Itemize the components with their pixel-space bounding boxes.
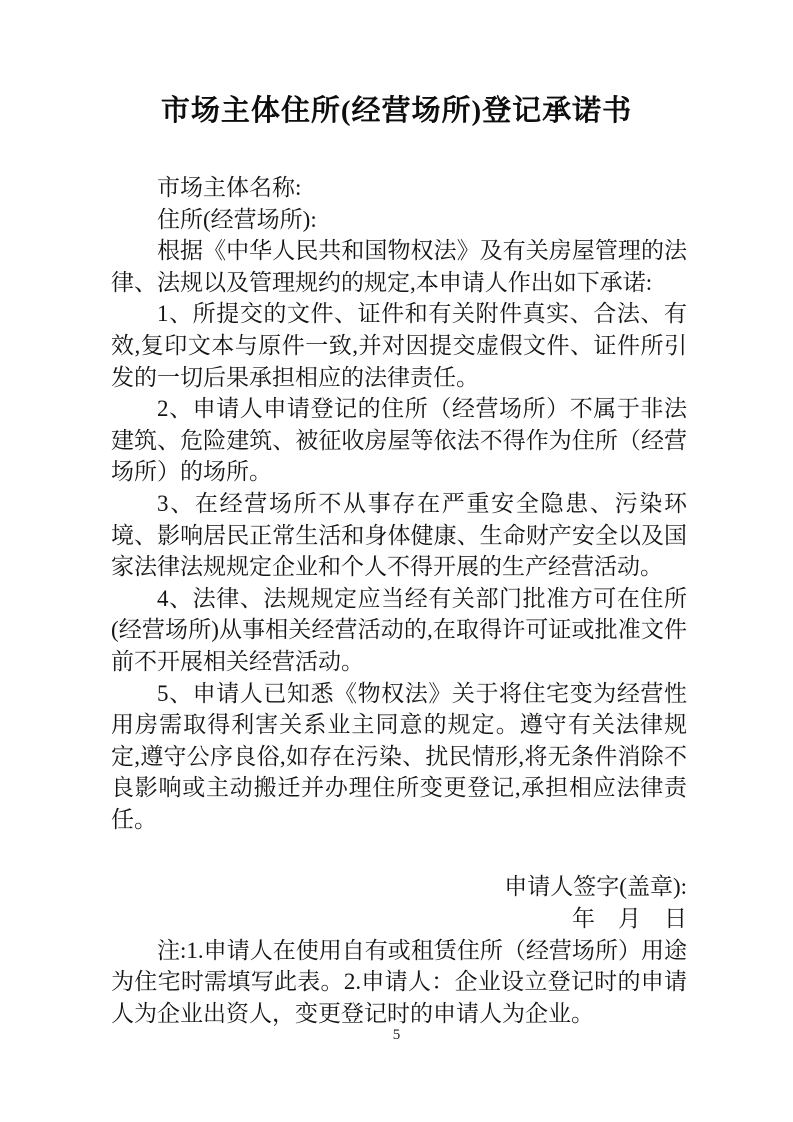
page-number: 5 xyxy=(0,1027,793,1044)
document-page: 市场主体住所(经营场所)登记承诺书 市场主体名称: 住所(经营场所): 根据《中… xyxy=(0,0,793,1122)
commitment-item-1: 1、所提交的文件、证件和有关附件真实、合法、有效,复印文本与原件一致,并对因提交… xyxy=(111,298,687,393)
field-address: 住所(经营场所): xyxy=(111,204,687,236)
intro-paragraph: 根据《中华人民共和国物权法》及有关房屋管理的法律、法规以及管理规约的规定,本申请… xyxy=(111,235,687,298)
commitment-item-2: 2、申请人申请登记的住所（经营场所）不属于非法建筑、危险建筑、被征收房屋等依法不… xyxy=(111,393,687,488)
field-market-entity-name: 市场主体名称: xyxy=(111,172,687,204)
commitment-item-3: 3、在经营场所不从事存在严重安全隐患、污染环境、影响居民正常生活和身体健康、生命… xyxy=(111,488,687,583)
document-body: 市场主体名称: 住所(经营场所): 根据《中华人民共和国物权法》及有关房屋管理的… xyxy=(111,172,687,1029)
commitment-item-4: 4、法律、法规规定应当经有关部门批准方可在住所(经营场所)从事相关经营活动的,在… xyxy=(111,583,687,678)
signature-label: 申请人签字(盖章): xyxy=(111,871,687,903)
date-line: 年 月 日 xyxy=(111,903,687,935)
note-paragraph: 注:1.申请人在使用自有或租赁住所（经营场所）用途为住宅时需填写此表。2.申请人… xyxy=(111,935,687,1030)
document-title: 市场主体住所(经营场所)登记承诺书 xyxy=(80,92,713,130)
signature-block: 申请人签字(盖章): 年 月 日 xyxy=(111,871,687,934)
commitment-item-5: 5、申请人已知悉《物权法》关于将住宅变为经营性用房需取得利害关系业主同意的规定。… xyxy=(111,678,687,836)
